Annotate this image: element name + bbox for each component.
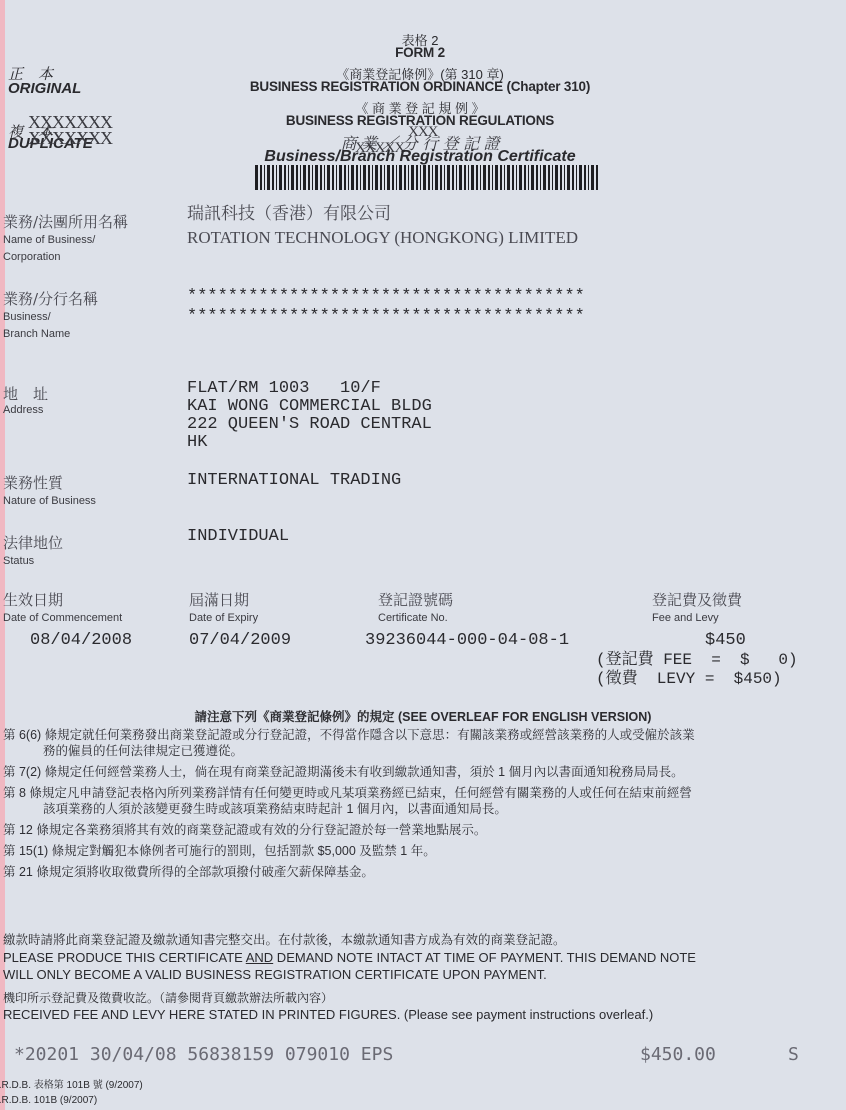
received-cn: 機印所示登記費及徵費收訖。（請參閱背頁繳款辦法所載內容）	[3, 990, 333, 1007]
notice-text: 第 8 條規定凡申請登記表格內所列業務詳情有任何變更時或凡某項業務經已結束，任何…	[3, 785, 843, 801]
address-value: FLAT/RM 1003 10/F KAI WONG COMMERCIAL BL…	[187, 380, 432, 452]
receipt-stamp-text: *20201 30/04/08 56838159 079010 EPS	[14, 1044, 393, 1065]
notice-text-cont: 務的僱員的任何法律規定已獲遵從。	[3, 743, 843, 759]
business-name-cn: 瑞訊科技（香港）有限公司	[187, 203, 391, 224]
business-name-label-en: Name of Business/ Corporation	[3, 232, 95, 266]
receipt-stamp-amount: $450.00	[640, 1044, 716, 1065]
notice-item: 第 6(6) 條規定就任何業務發出商業登記證或分行登記證，不得當作隱含以下意思：…	[3, 727, 843, 759]
payment-emphasis: AND	[246, 950, 273, 965]
form-number-footer-en: I.R.D.B. 101B (9/2007)	[0, 1093, 97, 1108]
notice-text: 第 7(2) 條規定任何經營業務人士，倘在現有商業登記證期滿後未有收到繳款通知書…	[3, 764, 843, 780]
expiry-label-cn: 屆滿日期	[189, 589, 249, 610]
address-label-cn: 地 址	[3, 383, 48, 404]
expiry-value: 07/04/2009	[189, 632, 291, 650]
notice-item: 第 7(2) 條規定任何經營業務人士，倘在現有商業登記證期滿後未有收到繳款通知書…	[3, 764, 843, 780]
notice-title: 請注意下列《商業登記條例》的規定 (SEE OVERLEAF FOR ENGLI…	[0, 707, 846, 725]
duplicate-strike-2: XXXXXXX	[28, 128, 112, 149]
commencement-value: 08/04/2008	[30, 632, 132, 650]
nature-label-en: Nature of Business	[3, 493, 96, 510]
label-line: Branch Name	[3, 326, 70, 343]
certificate-title-en: Business/Branch Registration Certificate	[220, 148, 620, 166]
address-line: FLAT/RM 1003 10/F	[187, 380, 432, 398]
commencement-label-cn: 生效日期	[3, 589, 63, 610]
business-name-en: ROTATION TECHNOLOGY (HONGKONG) LIMITED	[187, 227, 578, 248]
status-value: INDIVIDUAL	[187, 528, 289, 546]
notice-text: 第 21 條規定須將收取徵費所得的全部款項撥付破產欠薪保障基金。	[3, 864, 843, 880]
payment-text: PLEASE PRODUCE THIS CERTIFICATE	[3, 950, 246, 965]
payment-notice-cn: 繳款時請將此商業登記證及繳款通知書完整交出。在付款後，本繳款通知書方成為有效的商…	[3, 932, 566, 949]
received-en: RECEIVED FEE AND LEVY HERE STATED IN PRI…	[3, 1006, 653, 1023]
strike-mark-top: XXX	[408, 124, 438, 141]
notice-item: 第 15(1) 條規定對觸犯本條例者可施行的罰則，包括罰款 $5,000 及監禁…	[3, 843, 843, 859]
certificate-no-value: 39236044-000-04-08-1	[365, 632, 569, 650]
receipt-stamp-code: S	[788, 1044, 799, 1065]
certificate-no-label-cn: 登記證號碼	[378, 589, 453, 610]
fee-total: $450	[705, 632, 746, 650]
business-name-label-cn: 業務/法團所用名稱	[3, 211, 128, 232]
notice-text: 第 12 條規定各業務須將其有效的商業登記證或有效的分行登記證於每一營業地點展示…	[3, 822, 843, 838]
notice-list: 第 6(6) 條規定就任何業務發出商業登記證或分行登記證，不得當作隱含以下意思：…	[3, 727, 843, 880]
payment-notice-en: PLEASE PRODUCE THIS CERTIFICATE AND DEMA…	[3, 949, 843, 983]
notice-text: 第 15(1) 條規定對觸犯本條例者可施行的罰則，包括罰款 $5,000 及監禁…	[3, 843, 843, 859]
address-line: HK	[187, 434, 432, 452]
fee-label-en: Fee and Levy	[652, 610, 719, 627]
label-line: Name of Business/	[3, 232, 95, 249]
address-label-en: Address	[3, 402, 43, 419]
ordinance-en: BUSINESS REGISTRATION ORDINANCE (Chapter…	[200, 79, 640, 94]
address-line: KAI WONG COMMERCIAL BLDG	[187, 398, 432, 416]
commencement-label-en: Date of Commencement	[3, 610, 122, 627]
address-line: 222 QUEEN'S ROAD CENTRAL	[187, 416, 432, 434]
original-label-en: ORIGINAL	[8, 80, 81, 97]
label-line: Corporation	[3, 249, 95, 266]
notice-text: 第 6(6) 條規定就任何業務發出商業登記證或分行登記證，不得當作隱含以下意思：…	[3, 727, 843, 743]
notice-item: 第 12 條規定各業務須將其有效的商業登記證或有效的分行登記證於每一營業地點展示…	[3, 822, 843, 838]
nature-label-cn: 業務性質	[3, 472, 63, 493]
branch-name-label-cn: 業務/分行名稱	[3, 288, 98, 309]
branch-name-label-en: Business/ Branch Name	[3, 309, 70, 343]
nature-value: INTERNATIONAL TRADING	[187, 472, 401, 490]
payment-line-2: WILL ONLY BECOME A VALID BUSINESS REGIST…	[3, 966, 843, 983]
fee-label-cn: 登記費及徵費	[652, 589, 742, 610]
form-number-en: FORM 2	[230, 45, 610, 60]
notice-item: 第 21 條規定須將收取徵費所得的全部款項撥付破產欠薪保障基金。	[3, 864, 843, 880]
branch-name-line-2: ***************************************	[187, 308, 585, 326]
notice-text-cont: 該項業務的人須於該變更發生時或該項業務結束時起計 1 個月內，以書面通知局長。	[3, 801, 843, 817]
certificate-no-label-en: Certificate No.	[378, 610, 448, 627]
levy-line: (徵費 LEVY = $450)	[596, 670, 782, 688]
branch-name-line-1: ***************************************	[187, 288, 585, 306]
form-number-footer-cn: I.R.D.B. 表格第 101B 號 (9/2007)	[0, 1078, 143, 1093]
status-label-en: Status	[3, 553, 34, 570]
payment-line-1: PLEASE PRODUCE THIS CERTIFICATE AND DEMA…	[3, 949, 843, 966]
fee-line: (登記費 FEE = $ 0)	[596, 651, 798, 669]
payment-text: DEMAND NOTE INTACT AT TIME OF PAYMENT. T…	[273, 950, 696, 965]
status-label-cn: 法律地位	[3, 532, 63, 553]
barcode	[255, 165, 600, 190]
notice-item: 第 8 條規定凡申請登記表格內所列業務詳情有任何變更時或凡某項業務經已結束，任何…	[3, 785, 843, 817]
expiry-label-en: Date of Expiry	[189, 610, 258, 627]
label-line: Business/	[3, 309, 70, 326]
